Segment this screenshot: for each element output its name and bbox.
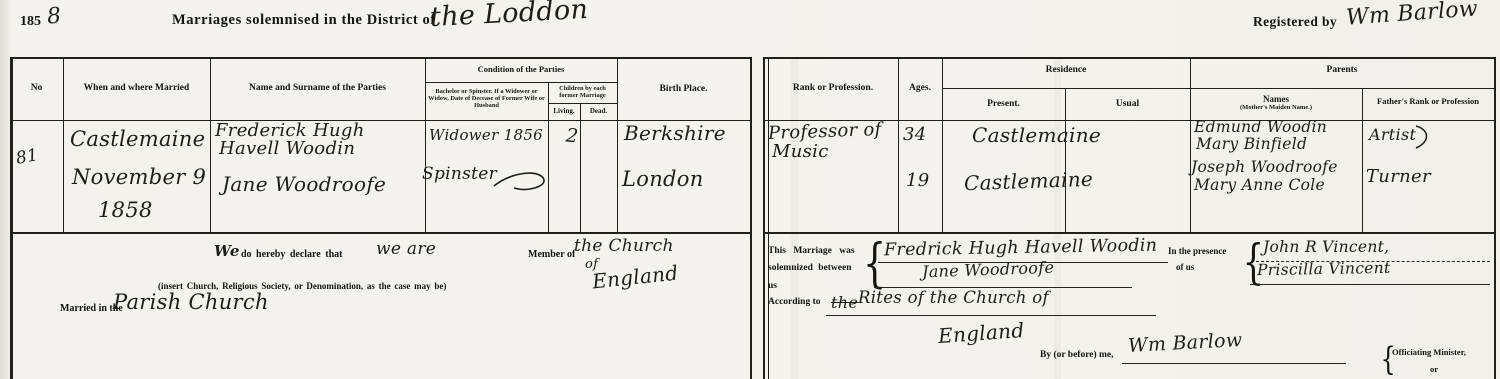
district-handwritten: the Loddon xyxy=(429,0,589,33)
bride-birthplace: London xyxy=(622,167,704,191)
solemn-printed-line2: solemnized between xyxy=(768,263,851,273)
by-me-printed: By (or before) me, xyxy=(1040,350,1114,360)
officiating-printed-line1: Officiating Minister, xyxy=(1392,347,1466,357)
scan-streak xyxy=(790,57,799,379)
bride-residence: Castlemaine xyxy=(964,167,1094,195)
groom-mother: Mary Binfield xyxy=(1196,135,1307,153)
grid-line xyxy=(1190,88,1494,89)
grid-line xyxy=(1494,57,1496,379)
grid-line xyxy=(1190,57,1191,232)
presence-printed-line1: In the presence xyxy=(1168,246,1226,256)
groom-residence: Castlemaine xyxy=(972,123,1101,147)
col-header-condition-detail: Bachelor or Spinster. If a Widower or Wi… xyxy=(428,88,545,110)
declaration-we-are: we are xyxy=(376,239,436,259)
children-dead-mark: 2 xyxy=(565,124,580,147)
member-of-printed: Member of xyxy=(528,249,575,260)
col-header-parents-names: Names xyxy=(1190,94,1362,104)
member-england-hand: England xyxy=(591,261,679,294)
bride-age: 19 xyxy=(906,170,930,191)
bride-mother: Mary Anne Cole xyxy=(1194,176,1325,194)
grid-line xyxy=(1362,88,1363,232)
col-header-mothers-maiden: (Mother's Maiden Name.) xyxy=(1190,104,1362,111)
officiating-brace: { xyxy=(1381,340,1396,378)
col-header-father-rank: Father's Rank or Profession xyxy=(1362,96,1494,106)
entry-year: 1858 xyxy=(98,198,153,222)
bride-signature: Jane Woodroofe xyxy=(922,258,1055,282)
officiating-printed-line2: or xyxy=(1430,364,1438,374)
groom-age: 34 xyxy=(903,124,927,145)
bride-name: Jane Woodroofe xyxy=(222,172,386,196)
register-title: Marriages solemnised in the District of xyxy=(172,12,436,29)
col-header-condition-group: Condition of the Parties xyxy=(425,64,617,74)
spinster-flourish xyxy=(492,168,550,196)
entry-number: 81 xyxy=(14,145,39,169)
officiant-signature: Wm Barlow xyxy=(1128,329,1243,357)
grid-line xyxy=(425,82,617,83)
rites-england-hand: England xyxy=(937,318,1025,348)
grid-line xyxy=(763,57,1496,59)
grid-line xyxy=(10,232,751,234)
col-header-usual: Usual xyxy=(1065,99,1190,109)
declaration-we: We xyxy=(214,242,240,260)
solemn-printed-line3: us xyxy=(768,281,777,291)
grid-line xyxy=(942,57,943,232)
registrar-signature: Wm Barlow xyxy=(1345,0,1479,31)
entry-where: Castlemaine xyxy=(70,127,205,151)
grid-line xyxy=(425,57,426,232)
col-header-parents-group: Parents xyxy=(1190,65,1494,75)
registered-by-label: Registered by xyxy=(1253,14,1337,30)
year-printed: 185 xyxy=(20,14,41,30)
col-header-children-group: Children by each former Marriage xyxy=(549,85,616,99)
groom-condition: Widower 1856 xyxy=(429,126,543,144)
groom-birthplace: Berkshire xyxy=(624,121,726,145)
marriage-register-scan: 185 8 Marriages solemnised in the Distri… xyxy=(0,0,1500,379)
col-header-residence-group: Residence xyxy=(942,65,1190,75)
col-header-living: Living. xyxy=(548,107,580,115)
col-header-present: Present. xyxy=(942,99,1065,109)
col-header-rank: Rank or Profession. xyxy=(768,83,898,93)
year-handwritten: 8 xyxy=(46,3,63,29)
groom-father-rank: Artist xyxy=(1369,125,1416,144)
married-in-hand: Parish Church xyxy=(113,290,269,314)
entry-date: November 9 xyxy=(72,165,206,189)
artist-flourish xyxy=(1412,122,1434,152)
declaration-printed: do hereby declare that xyxy=(241,249,342,260)
grid-line xyxy=(750,57,752,379)
grid-line xyxy=(768,57,769,379)
col-header-when-where: When and where Married xyxy=(63,83,210,93)
col-header-no: No xyxy=(10,83,63,93)
solemn-brace: { xyxy=(863,234,886,294)
witness-rule xyxy=(1250,284,1490,285)
rank-line2: Music xyxy=(772,141,829,162)
bride-father: Joseph Woodroofe xyxy=(1191,158,1338,176)
groom-father: Edmund Woodin xyxy=(1194,118,1327,136)
col-header-ages: Ages. xyxy=(898,83,942,93)
member-church-hand: the Church xyxy=(574,236,674,256)
rites-hand: Rites of the Church of xyxy=(858,288,1049,307)
grid-line xyxy=(763,57,765,379)
according-to-printed: According to xyxy=(768,297,821,307)
col-header-birthplace: Birth Place. xyxy=(617,84,750,94)
rites-struck-word: the xyxy=(831,293,858,312)
signature-rule xyxy=(1122,363,1346,364)
grid-line xyxy=(548,82,549,232)
witness2-signature: Priscilla Vincent xyxy=(1257,259,1391,279)
bride-father-rank: Turner xyxy=(1366,166,1431,187)
grid-line xyxy=(548,103,617,104)
groom-name-line2: Havell Woodin xyxy=(219,138,355,159)
groom-signature: Fredrick Hugh Havell Woodin xyxy=(884,236,1158,261)
witness1-signature: John R Vincent, xyxy=(1263,238,1389,256)
rites-rule xyxy=(826,315,1156,316)
bride-condition: Spinster xyxy=(422,164,497,184)
grid-line xyxy=(10,57,13,379)
col-header-names: Name and Surname of the Parties xyxy=(210,83,425,93)
grid-line xyxy=(1065,88,1066,232)
grid-line xyxy=(580,103,581,232)
col-header-dead: Dead. xyxy=(580,107,617,115)
solemn-printed-line1: This Marriage was xyxy=(768,246,855,256)
presence-printed-line2: of us xyxy=(1176,262,1194,272)
grid-line xyxy=(10,57,751,59)
